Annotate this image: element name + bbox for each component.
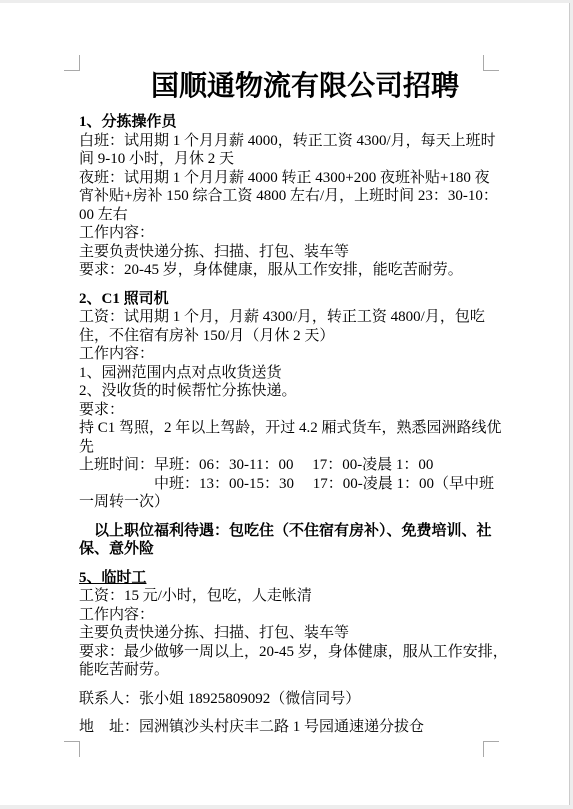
text-line: 一周转一次） [79,493,485,512]
text-boundary-mark-top-right-icon [483,55,499,71]
text-line: 上班时间：早班：06：30-11：00 17：00-凌晨 1：00 [79,456,485,475]
text-line: 工资：试用期 1 个月，月薪 4300/月，转正工资 4800/月，包吃 [79,308,485,327]
document-title: 国顺通物流有限公司招聘 [79,71,483,103]
document-viewport: { "document": { "title": "国顺通物流有限公司招聘", … [0,0,573,809]
text-line: 要求： [79,401,485,420]
text-line: 中班：13：00-15：30 17：00-凌晨 1：00（早中班 [79,475,485,494]
text-line: 1、园洲范围内点对点收货送货 [79,364,485,383]
text-line: 主要负责快递分拣、扫描、打包、装车等 [79,624,485,643]
text-line: 夜班：试用期 1 个月月薪 4000 转正 4300+200 夜班补贴+180 … [79,169,485,188]
text-line: 要求：20-45 岁，身体健康，服从工作安排，能吃苦耐劳。 [79,261,485,280]
text-line: 宵补贴+房补 150 综合工资 4800 左右/月，上班时间 23：30-10： [79,187,485,206]
document-body: 1、分拣操作员白班：试用期 1 个月月薪 4000，转正工资 4300/月，每天… [79,113,485,737]
text-line: 2、C1 照司机 [79,290,485,309]
blank-line [79,512,485,522]
text-line: 持 C1 驾照，2 年以上驾龄，开过 4.2 厢式货车，熟悉园洲路线优 [79,419,485,438]
text-line: 工作内容： [79,345,485,364]
text-line: 保、意外险 [79,540,485,559]
text-line: 1、分拣操作员 [79,113,485,132]
text-boundary-mark-bottom-left-icon [64,741,80,757]
document-page: 国顺通物流有限公司招聘 1、分拣操作员白班：试用期 1 个月月薪 4000，转正… [0,3,570,805]
blank-line [79,559,485,569]
text-line: 住，不住宿有房补 150/月（月休 2 天） [79,327,485,346]
text-line: 地 址：园洲镇沙头村庆丰二路 1 号园通速递分拔仓 [79,718,485,737]
text-line: 5、临时工 [79,569,485,588]
text-line: 联系人：张小姐 18925809092（微信同号） [79,690,485,709]
text-line: 工作内容： [79,606,485,625]
text-line: 间 9-10 小时，月休 2 天 [79,150,485,169]
text-line: 主要负责快递分拣、扫描、打包、装车等 [79,243,485,262]
text-line: 能吃苦耐劳。 [79,661,485,680]
text-line: 2、没收货的时候帮忙分拣快递。 [79,382,485,401]
blank-line [79,280,485,290]
text-line: 要求：最少做够一周以上，20-45 岁，身体健康，服从工作安排， [79,643,485,662]
text-boundary-mark-bottom-right-icon [483,741,499,757]
text-line: 工作内容： [79,224,485,243]
text-line: 工资：15 元/小时，包吃，人走帐清 [79,587,485,606]
text-boundary-mark-top-left-icon [64,55,80,71]
text-line: 以上职位福利待遇：包吃住（不住宿有房补）、免费培训、社 [79,522,485,541]
text-line: 先 [79,438,485,457]
blank-line [79,708,485,718]
blank-line [79,680,485,690]
text-line: 白班：试用期 1 个月月薪 4000，转正工资 4300/月，每天上班时 [79,132,485,151]
text-line: 00 左右 [79,206,485,225]
